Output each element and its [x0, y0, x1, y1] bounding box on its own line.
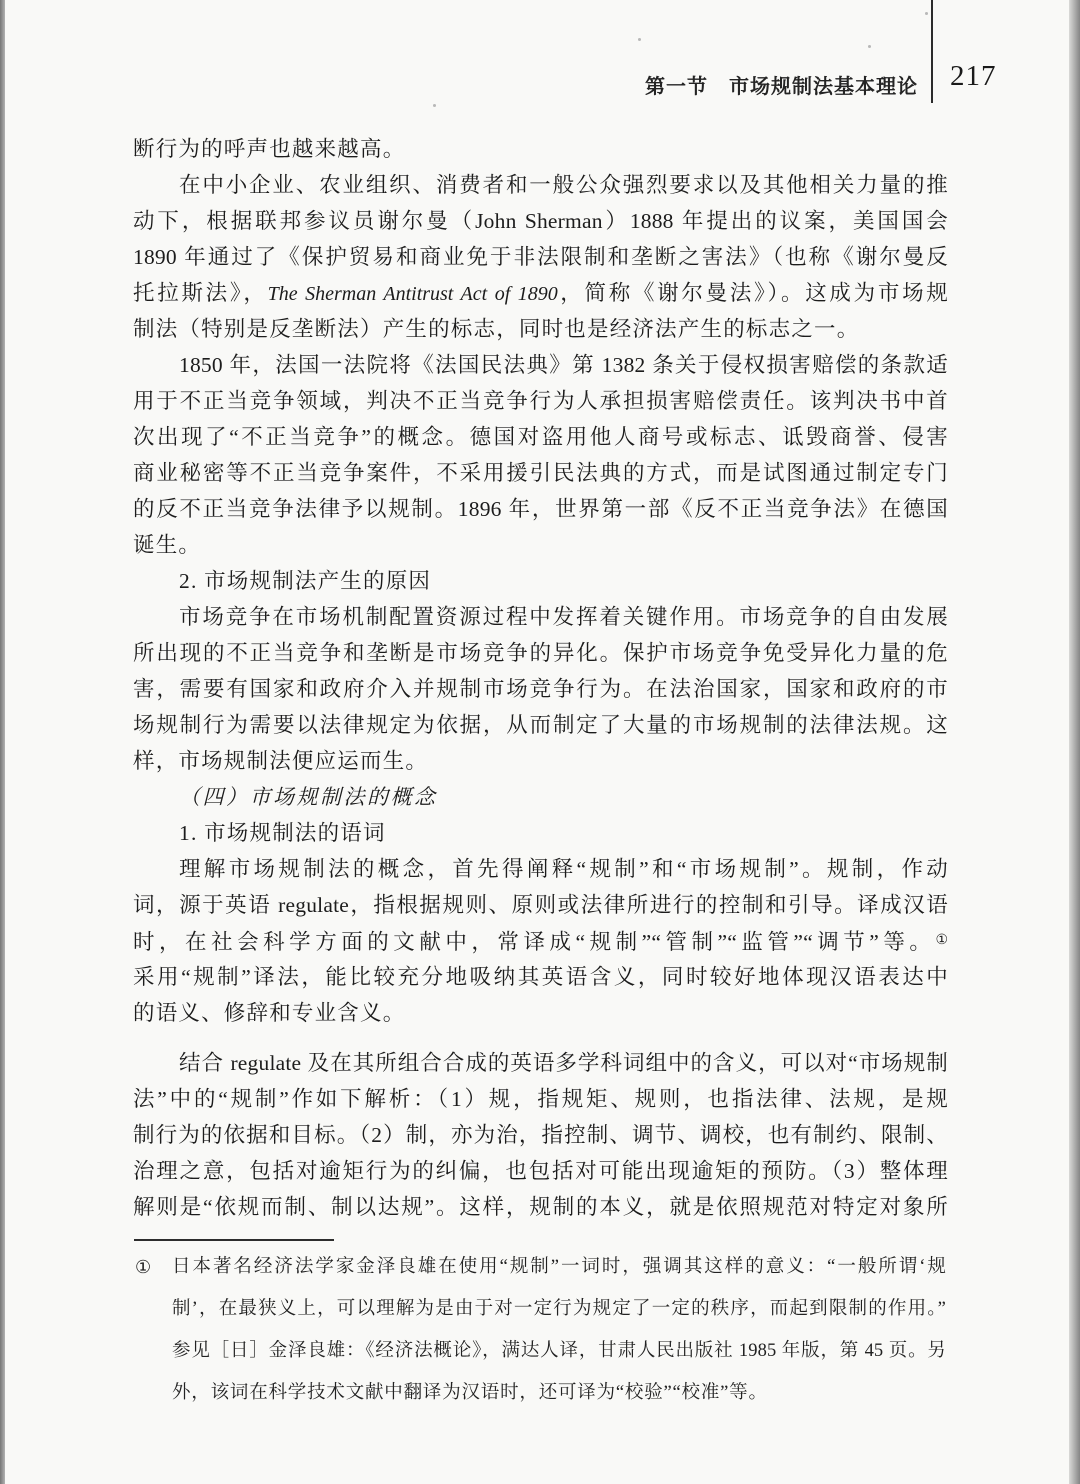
body-line: 时，在社会科学方面的文献中，常译成“规制”“管制”“监管”“调节”等。① — [133, 923, 948, 959]
body-line: 次出现了“不正当竞争”的概念。德国对盗用他人商号或标志、诋毁商誉、侵害 — [133, 419, 948, 455]
body-line: 在中小企业、农业组织、消费者和一般公众强烈要求以及其他相关力量的推 — [133, 167, 948, 203]
body-line: 场规制行为需要以法律规定为依据，从而制定了大量的市场规制的法律法规。这 — [133, 707, 948, 743]
page-number: 217 — [950, 62, 997, 91]
body-line: 用于不正当竞争领域，判决不正当竞争行为人承担损害赔偿责任。该判决书中首 — [133, 383, 948, 419]
body-line: 1850 年，法国一法院将《法国民法典》第 1382 条关于侵权损害赔偿的条款适 — [133, 347, 948, 383]
body-line: 1. 市场规制法的语词 — [133, 815, 948, 851]
footnote-divider — [134, 1239, 334, 1241]
body-line: 托拉斯法》，The Sherman Antitrust Act of 1890，… — [133, 275, 948, 311]
footnote-line: 制’，在最狭义上，可以理解为是由于对一定行为规定了一定的秩序，而起到限制的作用。… — [172, 1288, 946, 1330]
body-line: 诞生。 — [133, 527, 948, 563]
body-line: 害，需要有国家和政府介入并规制市场竞争行为。在法治国家，国家和政府的市 — [133, 671, 948, 707]
body-line: 断行为的呼声也越来越高。 — [133, 131, 948, 167]
body-line: 商业秘密等不正当竞争案件，不采用援引民法典的方式，而是试图通过制定专门 — [133, 455, 948, 491]
body-line: 理解市场规制法的概念，首先得阐释“规制”和“市场规制”。规制，作动 — [133, 851, 948, 887]
scan-speck — [925, 12, 928, 15]
body-text: 断行为的呼声也越来越高。在中小企业、农业组织、消费者和一般公众强烈要求以及其他相… — [133, 131, 948, 1225]
footnote-lines: 日本著名经济法学家金泽良雄在使用“规制”一词时，强调其这样的意义：“一般所谓‘规… — [172, 1246, 946, 1414]
body-line: 制行为的依据和目标。（2）制，亦为治，指控制、调节、调校，也有制约、限制、 — [133, 1117, 948, 1153]
body-line: 1890 年通过了《保护贸易和商业免于非法限制和垄断之害法》（也称《谢尔曼反 — [133, 239, 948, 275]
scan-edge-right — [1069, 0, 1080, 1484]
scan-speck — [638, 38, 641, 41]
footnote-line: 外，该词在科学技术文献中翻译为汉语时，还可译为“校验”“校准”等。 — [172, 1372, 946, 1414]
scan-speck — [433, 104, 436, 107]
body-line: 动下，根据联邦参议员谢尔曼（John Sherman）1888 年提出的议案，美… — [133, 203, 948, 239]
scan-speck — [868, 45, 871, 48]
body-line: 制法（特别是反垄断法）产生的标志，同时也是经济法产生的标志之一。 — [133, 311, 948, 347]
footnote-line: 参见［日］金泽良雄：《经济法概论》，满达人译，甘肃人民出版社 1985 年版，第… — [172, 1330, 946, 1372]
footnote-marker: ① — [135, 1246, 151, 1288]
body-line: 词，源于英语 regulate，指根据规则、原则或法律所进行的控制和引导。译成汉… — [133, 887, 948, 923]
header-divider — [931, 0, 933, 103]
scan-edge-left — [0, 0, 5, 1484]
footnote-line: 日本著名经济法学家金泽良雄在使用“规制”一词时，强调其这样的意义：“一般所谓‘规 — [172, 1246, 946, 1288]
body-line: 采用“规制”译法，能比较充分地吸纳其英语含义，同时较好地体现汉语表达中 — [133, 959, 948, 995]
body-line: 解则是“依规而制、制以达规”。这样，规制的本义，就是依照规范对特定对象所 — [133, 1189, 948, 1225]
body-line: 法”中的“规制”作如下解析：（1）规，指规矩、规则，也指法律、法规，是规 — [133, 1081, 948, 1117]
body-line: 结合 regulate 及在其所组合合成的英语多学科词组中的含义，可以对“市场规… — [133, 1045, 948, 1081]
body-line: （四）市场规制法的概念 — [133, 779, 948, 815]
body-line: 的语义、修辞和专业含义。 — [133, 995, 948, 1031]
body-line: 的反不正当竞争法律予以规制。1896 年，世界第一部《反不正当竞争法》在德国 — [133, 491, 948, 527]
body-line: 样，市场规制法便应运而生。 — [133, 743, 948, 779]
body-line: 治理之意，包括对逾矩行为的纠偏，也包括对可能出现逾矩的预防。（3）整体理 — [133, 1153, 948, 1189]
footnote: ① 日本著名经济法学家金泽良雄在使用“规制”一词时，强调其这样的意义：“一般所谓… — [133, 1246, 946, 1414]
section-title: 第一节 市场规制法基本理论 — [645, 70, 918, 99]
book-page: 第一节 市场规制法基本理论 217 断行为的呼声也越来越高。在中小企业、农业组织… — [0, 0, 1080, 1484]
body-line: 市场竞争在市场机制配置资源过程中发挥着关键作用。市场竞争的自由发展 — [133, 599, 948, 635]
body-line: 2. 市场规制法产生的原因 — [133, 563, 948, 599]
body-line: 所出现的不正当竞争和垄断是市场竞争的异化。保护市场竞争免受异化力量的危 — [133, 635, 948, 671]
